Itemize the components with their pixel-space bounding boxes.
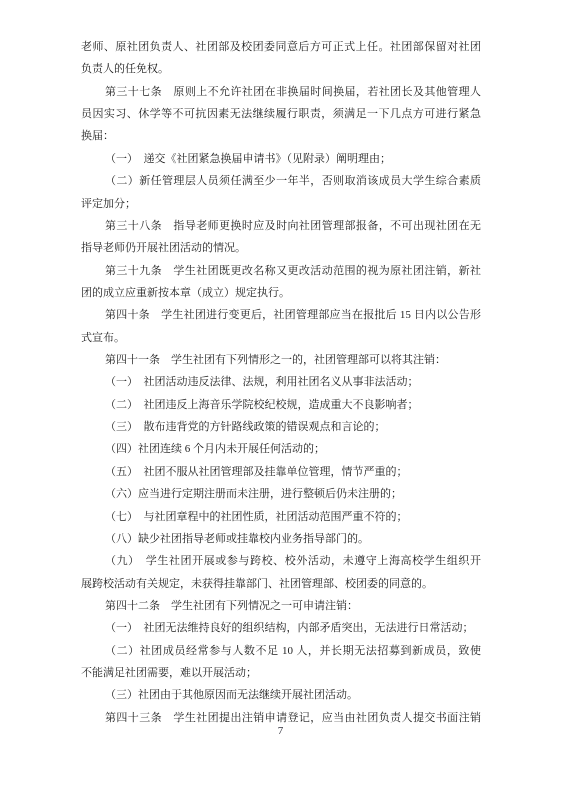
text-line: 式宣布。 <box>81 327 481 349</box>
text-line: （二） 社团违反上海音乐学院校纪校规，造成重大不良影响者； <box>81 394 481 416</box>
text-line: 员因实习、休学等不可抗因素无法继续履行职责，须满足一下几点方可进行紧急 <box>81 103 481 125</box>
text-line: （三） 散布违背党的方针路线政策的错误观点和言论的； <box>81 416 481 438</box>
text-line: 第四十一条 学生社团有下列情形之一的，社团管理部可以将其注销： <box>81 349 481 371</box>
text-line: 负责人的任免权。 <box>81 58 481 80</box>
text-line: （一） 社团无法维持良好的组织结构，内部矛盾突出，无法进行日常活动； <box>81 617 481 639</box>
text-line: 不能满足社团需要，难以开展活动； <box>81 662 481 684</box>
text-line: 第四十二条 学生社团有下列情况之一可申请注销： <box>81 595 481 617</box>
text-line: 评定加分； <box>81 193 481 215</box>
text-line: （七） 与社团章程中的社团性质，社团活动范围严重不符的； <box>81 506 481 528</box>
text-line: 第三十八条 指导老师更换时应及时向社团管理部报备，不可出现社团在无 <box>81 215 481 237</box>
text-line: 展跨校活动有关规定，未获得挂靠部门、社团管理部、校团委的同意的。 <box>81 573 481 595</box>
document-page: 老师、原社团负责人、社团部及校团委同意后方可正式上任。社团部保留对社团负责人的任… <box>0 0 561 795</box>
text-line: （四）社团连续 6 个月内未开展任何活动的； <box>81 438 481 460</box>
text-line: 第三十七条 原则上不允许社团在非换届时间换届，若社团长及其他管理人 <box>81 81 481 103</box>
text-line: 团的成立应重新按本章（成立）规定执行。 <box>81 282 481 304</box>
text-line: 第四十条 学生社团进行变更后，社团管理部应当在报批后 15 日内以公告形 <box>81 304 481 326</box>
text-line: （三）社团由于其他原因而无法继续开展社团活动。 <box>81 684 481 706</box>
text-line: （二）社团成员经常参与人数不足 10 人，并长期无法招募到新成员，致使 <box>81 640 481 662</box>
page-number: 7 <box>0 724 561 738</box>
text-line: 老师、原社团负责人、社团部及校团委同意后方可正式上任。社团部保留对社团 <box>81 36 481 58</box>
text-line: （八）缺少社团指导老师或挂靠校内业务指导部门的。 <box>81 528 481 550</box>
text-line: （二）新任管理层人员须任满至少一年半，否则取消该成员大学生综合素质 <box>81 170 481 192</box>
text-line: （六）应当进行定期注册而未注册，进行整顿后仍未注册的； <box>81 483 481 505</box>
text-line: （一） 社团活动违反法律、法规，利用社团名义从事非法活动； <box>81 371 481 393</box>
text-line: 指导老师仍开展社团活动的情况。 <box>81 237 481 259</box>
text-line: 换届： <box>81 125 481 147</box>
text-line: （五） 社团不服从社团管理部及挂靠单位管理，情节严重的； <box>81 461 481 483</box>
document-body: 老师、原社团负责人、社团部及校团委同意后方可正式上任。社团部保留对社团负责人的任… <box>81 36 481 729</box>
text-line: （一） 递交《社团紧急换届申请书》（见附录）阐明理由； <box>81 148 481 170</box>
text-line: （九） 学生社团开展或参与跨校、校外活动，未遵守上海高校学生组织开 <box>81 550 481 572</box>
text-line: 第三十九条 学生社团既更改名称又更改活动范围的视为原社团注销，新社 <box>81 260 481 282</box>
